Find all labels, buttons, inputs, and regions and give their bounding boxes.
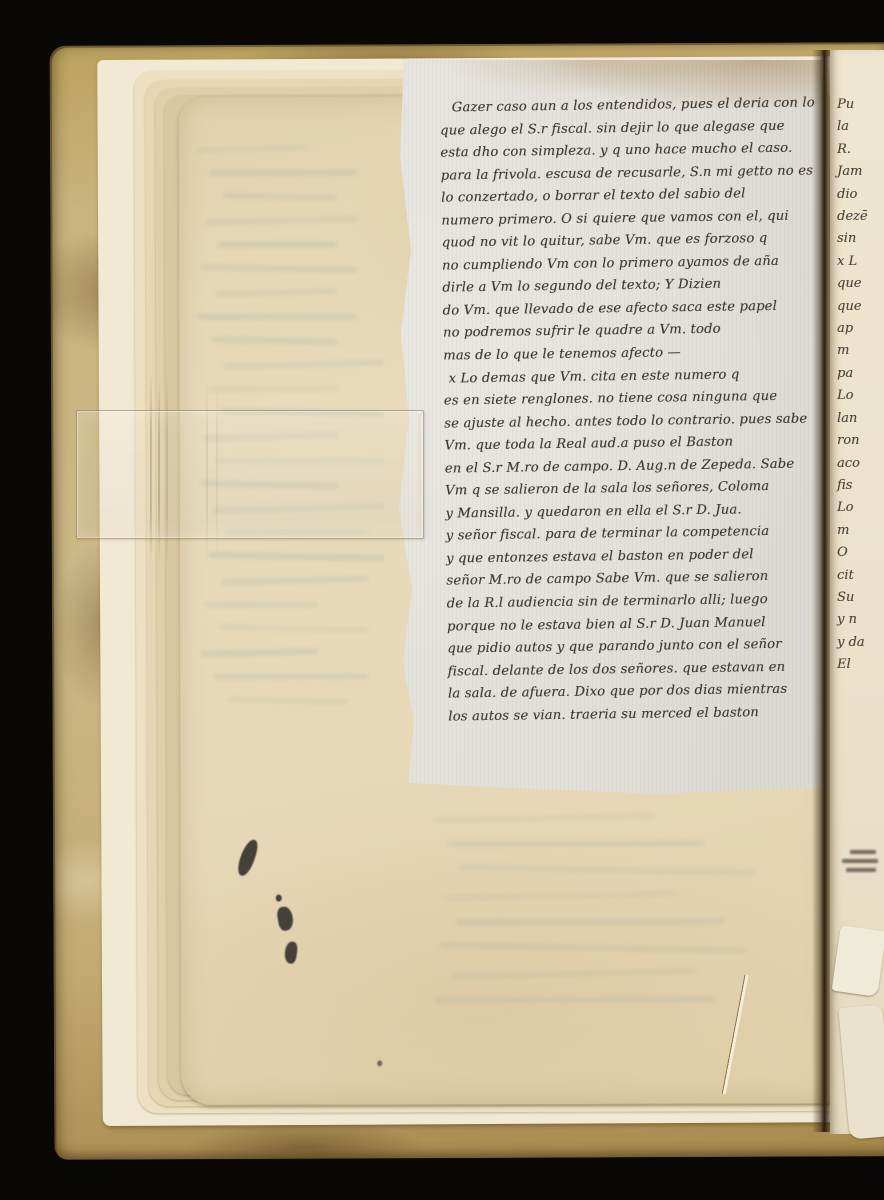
ghost-stroke (461, 865, 755, 874)
manuscript-line: los autos se vian. traeria su merced el … (448, 701, 814, 729)
photo-background: Gazer caso aun a los entendidos, pues el… (0, 0, 884, 1200)
right-page-fragment: Su (837, 587, 868, 609)
right-page-fragment: ap (837, 318, 868, 340)
ghost-stroke (207, 386, 337, 390)
ghost-stroke (201, 649, 318, 656)
bleedthrough-text-bottom (433, 793, 764, 1034)
right-page-fragment: dezē (837, 206, 868, 228)
right-page-fragment: cit (837, 565, 868, 587)
ghost-stroke (219, 242, 337, 246)
ghost-stroke (435, 813, 655, 822)
paper-scrap (838, 1004, 884, 1139)
right-page-fragment: Lo (837, 385, 868, 407)
right-page: PulaR.Jamdiodezēsinx LquequeapmpaLolanro… (830, 50, 884, 1134)
gutter-shadow (812, 50, 832, 1132)
ghost-stroke (457, 919, 725, 924)
ghost-stroke (218, 625, 368, 632)
manuscript-text: Gazer caso aun a los entendidos, pues el… (440, 92, 815, 728)
ghost-stroke (224, 361, 384, 369)
right-page-fragment: y da (837, 632, 868, 654)
ghost-stroke (206, 217, 357, 225)
right-page-text: PulaR.Jamdiodezēsinx LquequeapmpaLolanro… (837, 94, 868, 677)
print-fragment (842, 845, 882, 887)
right-page-fragment: m (837, 340, 868, 362)
ghost-stroke (202, 265, 357, 272)
ghost-stroke (222, 577, 368, 584)
right-page-fragment: ron (837, 430, 868, 452)
manuscript-page: Gazer caso aun a los entendidos, pues el… (388, 60, 822, 794)
ink-blot (235, 837, 260, 877)
right-page-fragment: y n (837, 609, 868, 631)
right-page-fragment: dio (837, 184, 868, 206)
film-strip (76, 410, 424, 539)
ghost-stroke (209, 553, 385, 560)
ghost-stroke (214, 674, 368, 678)
ghost-stroke (205, 602, 318, 606)
right-page-fragment: Jam (837, 161, 868, 183)
ghost-stroke (453, 969, 695, 979)
right-page-fragment: Lo (837, 497, 868, 519)
right-page-fragment: lan (837, 408, 868, 430)
right-page-fragment: Pu (837, 94, 868, 116)
right-page-fragment: pa (837, 363, 868, 385)
right-page-fragment: R. (837, 139, 868, 161)
right-page-fragment: O (837, 542, 868, 564)
right-page-fragment: aco (837, 453, 868, 475)
ghost-stroke (436, 997, 715, 1002)
right-page-fragment: sin (837, 228, 868, 250)
right-page-fragment: x L (837, 251, 868, 273)
ghost-stroke (223, 194, 337, 200)
ink-blot (377, 1060, 382, 1066)
ghost-stroke (211, 337, 337, 343)
ghost-stroke (448, 841, 705, 846)
paper-scrap (832, 925, 884, 997)
right-page-fragment: que (837, 296, 868, 318)
right-page-fragment: El (837, 654, 868, 676)
right-page-fragment: la (837, 116, 868, 138)
right-page-fragment: fis (837, 475, 868, 497)
right-page-fragment: que (837, 273, 868, 295)
ghost-stroke (197, 145, 307, 152)
ghost-stroke (198, 314, 357, 318)
ghost-stroke (444, 891, 675, 900)
ink-blot (276, 905, 295, 931)
ghost-stroke (210, 170, 357, 174)
ghost-stroke (227, 697, 348, 703)
ghost-stroke (215, 289, 337, 296)
ink-blot (276, 895, 282, 902)
right-page-fragment: m (837, 520, 868, 542)
ghost-stroke (440, 943, 745, 953)
ink-blot (283, 941, 298, 964)
